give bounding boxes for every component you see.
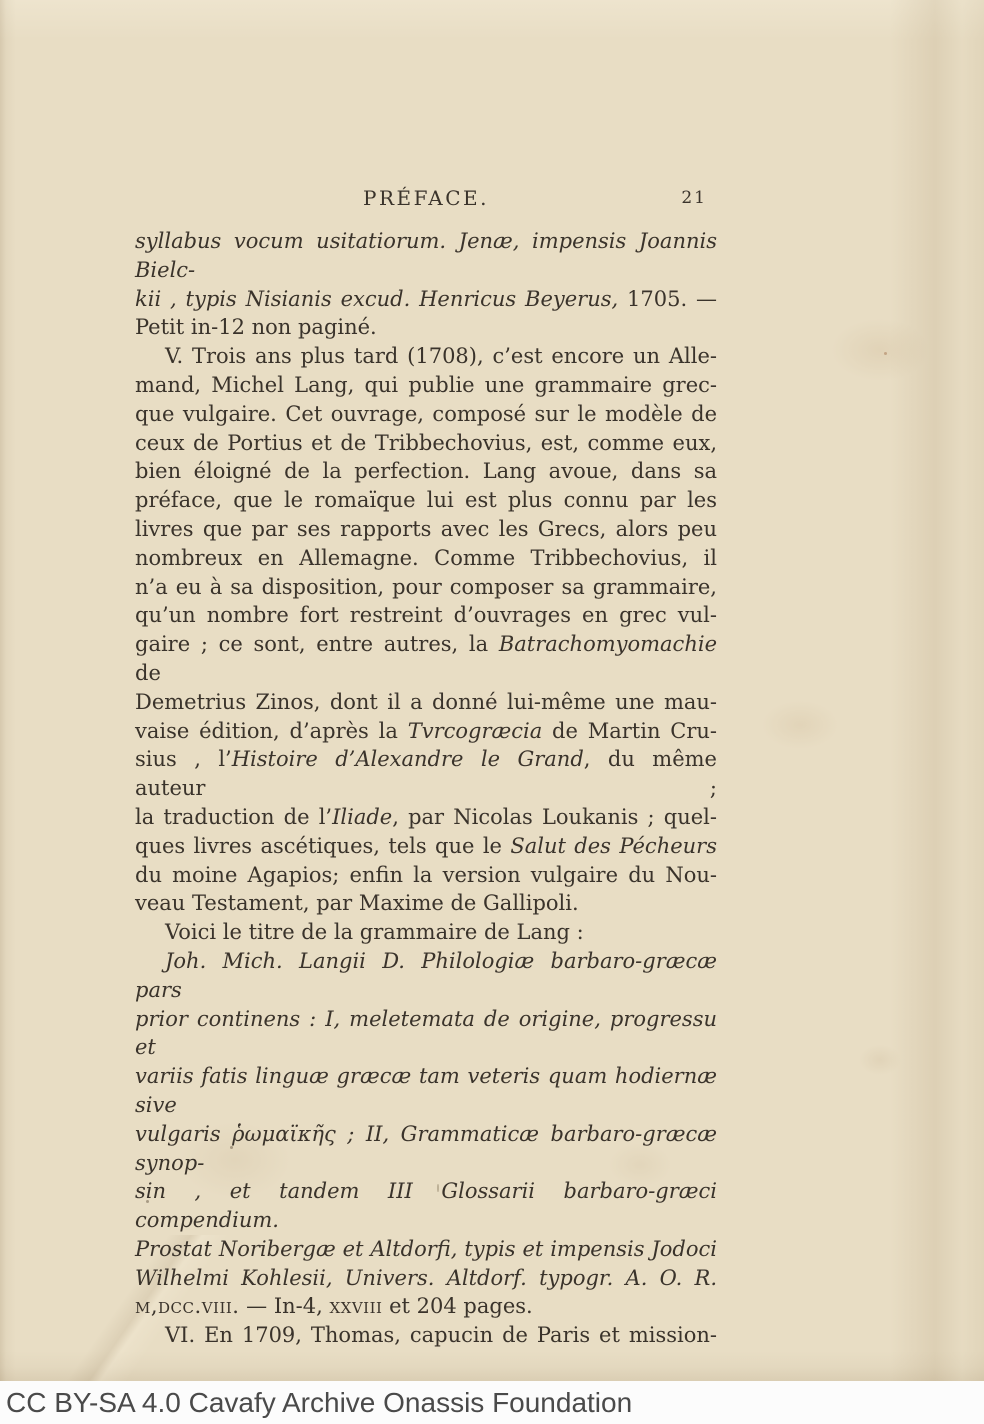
text-segment: veau Testament, par Maxime de Gallipoli.: [135, 891, 579, 915]
scanned-book-page: PRÉFACE. 21 syllabus vocum usitatiorum. …: [0, 0, 984, 1424]
text-segment: qu’un nombre fort restreint d’ouvrages e…: [135, 603, 717, 627]
text-line: n’a eu à sa disposition, pour composer s…: [135, 573, 717, 602]
text-segment: VI. En 1709, Thomas, capucin de Paris et…: [165, 1323, 717, 1347]
text-segment: variis fatis linguæ græcæ tam veteris qu…: [135, 1064, 717, 1117]
text-segment: la traduction de l’: [135, 805, 332, 829]
text-line: du moine Agapios; enfin la version vulga…: [135, 861, 717, 890]
text-segment: gaire ; ce sont, entre autres, la: [135, 632, 499, 656]
text-segment: mand, Michel Lang, qui publie une gramma…: [135, 373, 717, 397]
text-line: m,dcc.viii. — In-4, xxviii et 204 pages.: [135, 1292, 717, 1321]
text-segment: syllabus vocum usitatiorum. Jenæ, impens…: [135, 229, 717, 282]
text-segment: Petit in-12 non paginé.: [135, 315, 377, 339]
text-line: V. Trois ans plus tard (1708), c’est enc…: [135, 342, 717, 371]
text-segment: Wilhelmi Kohlesii, Univers. Altdorf. typ…: [135, 1266, 717, 1290]
text-line: vaise édition, d’après la Tvrcogræcia de…: [135, 717, 717, 746]
text-segment: Tvrcogræcia: [408, 719, 543, 743]
text-segment: vulgaris ῥωμαϊκῆς ; II, Grammaticæ barba…: [135, 1122, 717, 1175]
text-line: VI. En 1709, Thomas, capucin de Paris et…: [135, 1321, 717, 1350]
text-segment: Batrachomyomachie: [499, 632, 717, 656]
text-segment: Histoire d’Alexandre le Grand: [232, 747, 584, 771]
text-line: sin , et tandem III Glossarii barbaro-gr…: [135, 1177, 717, 1235]
text-segment: — In-4,: [239, 1294, 329, 1318]
foxing-speck: [884, 352, 887, 355]
page-header: PRÉFACE. 21: [135, 186, 717, 212]
running-title: PRÉFACE.: [135, 186, 717, 210]
text-segment: Prostat Noribergæ et Altdorfi, typis et …: [135, 1237, 717, 1261]
text-segment: ceux de Portius et de Tribbechovius, est…: [135, 431, 717, 455]
text-line: Prostat Noribergæ et Altdorfi, typis et …: [135, 1235, 717, 1264]
text-segment: prior continens : I, meletemata de origi…: [135, 1007, 717, 1060]
license-caption: CC BY-SA 4.0 Cavafy Archive Onassis Foun…: [0, 1387, 632, 1419]
text-line: Joh. Mich. Langii D. Philologiæ barbaro-…: [135, 947, 717, 1005]
text-segment: livres que par ses rapports avec les Gre…: [135, 517, 717, 541]
text-segment: nombreux en Allemagne. Comme Tribbechovi…: [135, 546, 717, 570]
paper-background: PRÉFACE. 21 syllabus vocum usitatiorum. …: [0, 0, 984, 1381]
text-line: kii , typis Nisianis excud. Henricus Bey…: [135, 285, 717, 314]
license-caption-bar: CC BY-SA 4.0 Cavafy Archive Onassis Foun…: [0, 1381, 984, 1424]
text-segment: sius , l’: [135, 747, 232, 771]
text-segment: sin , et tandem III Glossarii barbaro-gr…: [135, 1179, 717, 1232]
text-line: que vulgaire. Cet ouvrage, composé sur l…: [135, 400, 717, 429]
text-segment: ques livres ascétiques, tels que le: [135, 834, 510, 858]
text-line: préface, que le romaïque lui est plus co…: [135, 486, 717, 515]
text-segment: bien éloigné de la perfection. Lang avou…: [135, 459, 717, 483]
text-segment: vaise édition, d’après la: [135, 719, 408, 743]
text-line: prior continens : I, meletemata de origi…: [135, 1005, 717, 1063]
text-line: ques livres ascétiques, tels que le Salu…: [135, 832, 717, 861]
text-line: Voici le titre de la grammaire de Lang :: [135, 918, 717, 947]
text-segment: de: [135, 661, 161, 685]
text-segment: de Martin Cru-: [542, 719, 717, 743]
text-line: syllabus vocum usitatiorum. Jenæ, impens…: [135, 227, 717, 285]
text-segment: Voici le titre de la grammaire de Lang :: [165, 920, 584, 944]
text-segment: n’a eu à sa disposition, pour composer s…: [135, 575, 717, 599]
text-line: Petit in-12 non paginé.: [135, 313, 717, 342]
text-line: qu’un nombre fort restreint d’ouvrages e…: [135, 601, 717, 630]
text-segment: et 204 pages.: [382, 1294, 532, 1318]
text-segment: Joh. Mich. Langii D. Philologiæ barbaro-…: [135, 949, 717, 1002]
text-segment: Demetrius Zinos, dont il a donné lui-mêm…: [135, 690, 717, 714]
text-line: veau Testament, par Maxime de Gallipoli.: [135, 889, 717, 918]
text-line: la traduction de l’Iliade, par Nicolas L…: [135, 803, 717, 832]
text-line: livres que par ses rapports avec les Gre…: [135, 515, 717, 544]
text-line: gaire ; ce sont, entre autres, la Batrac…: [135, 630, 717, 688]
page-number: 21: [681, 188, 707, 208]
text-segment: , par Nicolas Loukanis ; quel-: [392, 805, 717, 829]
text-line: Wilhelmi Kohlesii, Univers. Altdorf. typ…: [135, 1264, 717, 1293]
text-line: Demetrius Zinos, dont il a donné lui-mêm…: [135, 688, 717, 717]
text-segment: préface, que le romaïque lui est plus co…: [135, 488, 717, 512]
text-line: sius , l’Histoire d’Alexandre le Grand, …: [135, 745, 717, 803]
text-segment: xxviii: [329, 1294, 382, 1318]
text-line: variis fatis linguæ græcæ tam veteris qu…: [135, 1062, 717, 1120]
text-segment: que vulgaire. Cet ouvrage, composé sur l…: [135, 402, 717, 426]
text-segment: Iliade: [332, 805, 392, 829]
text-segment: m,dcc.viii.: [135, 1294, 239, 1318]
text-segment: 1705. —: [627, 287, 717, 311]
text-line: mand, Michel Lang, qui publie une gramma…: [135, 371, 717, 400]
text-segment: du moine Agapios; enfin la version vulga…: [135, 863, 717, 887]
text-segment: Salut des Pécheurs: [510, 834, 717, 858]
text-line: bien éloigné de la perfection. Lang avou…: [135, 457, 717, 486]
text-segment: kii , typis Nisianis excud. Henricus Bey…: [135, 287, 627, 311]
text-segment: V. Trois ans plus tard (1708), c’est enc…: [165, 344, 717, 368]
text-line: nombreux en Allemagne. Comme Tribbechovi…: [135, 544, 717, 573]
text-line: vulgaris ῥωμαϊκῆς ; II, Grammaticæ barba…: [135, 1120, 717, 1178]
text-line: ceux de Portius et de Tribbechovius, est…: [135, 429, 717, 458]
text-lines: syllabus vocum usitatiorum. Jenæ, impens…: [135, 227, 717, 1350]
